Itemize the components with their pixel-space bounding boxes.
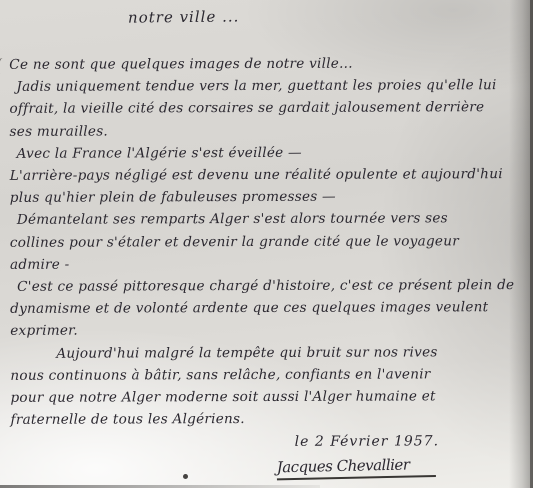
text-line: collines pour s'étaler et devenir la gra… [10, 230, 503, 254]
text-line: dynamisme et de volonté ardente que ces … [10, 296, 503, 320]
text-line: nous continuons à bâtir, sans relâche, c… [10, 363, 503, 387]
text-line: pour que notre Alger moderne soit aussi … [10, 385, 503, 409]
text-line: Aujourd'hui malgré la tempête qui bruit … [10, 341, 503, 365]
page-title: notre ville ... [128, 7, 240, 26]
text-line: admire - [10, 252, 503, 276]
date-line: le 2 Février 1957. [11, 431, 504, 455]
ink-speck [183, 474, 188, 479]
text-line: Avec la France l'Algérie s'est éveillée … [10, 141, 503, 165]
text-line: Ce ne sont que quelques images de notre … [9, 52, 502, 76]
signature-line: Jacques Chevallier [11, 454, 504, 480]
text-line: fraternelle de tous les Algériens. [10, 407, 503, 431]
text-line: offrait, la vieille cité des corsaires s… [9, 97, 502, 121]
text-line: L'arrière-pays négligé est devenu une ré… [10, 163, 503, 187]
text-line: exprimer. [10, 319, 503, 343]
scanned-page: notre ville ... Ce ne sont que quelques … [0, 0, 533, 488]
text-line: ses murailles. [9, 119, 502, 143]
text-line: Jadis uniquement tendue vers la mer, gue… [9, 74, 502, 98]
text-line: C'est ce passé pittoresque chargé d'hist… [10, 274, 503, 298]
scan-artifact-left-edge [0, 57, 7, 74]
text-line: Démantelant ses remparts Alger s'est alo… [10, 208, 503, 232]
signature: Jacques Chevallier [276, 453, 435, 481]
text-line: plus qu'hier plein de fabuleuses promess… [10, 185, 503, 209]
letter-body: Ce ne sont que quelques images de notre … [9, 52, 503, 480]
